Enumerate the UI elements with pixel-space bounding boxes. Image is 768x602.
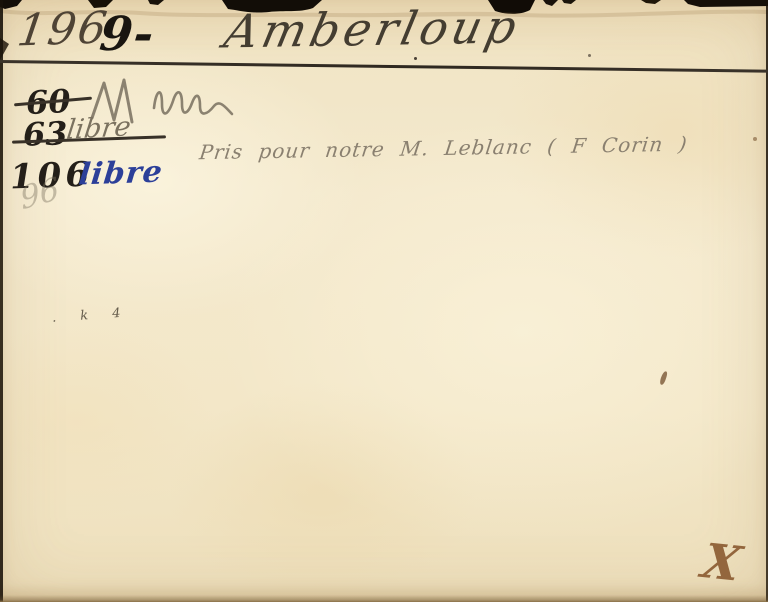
stray-marks: . k 4 [52, 305, 131, 325]
pencil-note: Pris pour notre M. Leblanc ( F Corin ) [198, 132, 689, 164]
rule-line [0, 60, 768, 73]
ink-dot [414, 57, 417, 60]
paper-card: 196 9- Amberloup 60 63 libre 106 libre 9… [0, 0, 768, 602]
ink-dot [588, 54, 591, 57]
ledger-entry-number: 63 [22, 114, 68, 154]
catalog-number: 196 [14, 2, 112, 56]
x-mark: X [697, 534, 746, 593]
catalog-number-overwrite: 9- [97, 7, 157, 62]
ledger-entry-word-blue-ink: libre [77, 155, 165, 193]
ink-speck [659, 371, 668, 386]
scan-edge-left [0, 0, 3, 602]
ink-speck [753, 137, 757, 141]
place-title: Amberloup [220, 0, 526, 59]
scan-edge-bottom [0, 595, 768, 602]
